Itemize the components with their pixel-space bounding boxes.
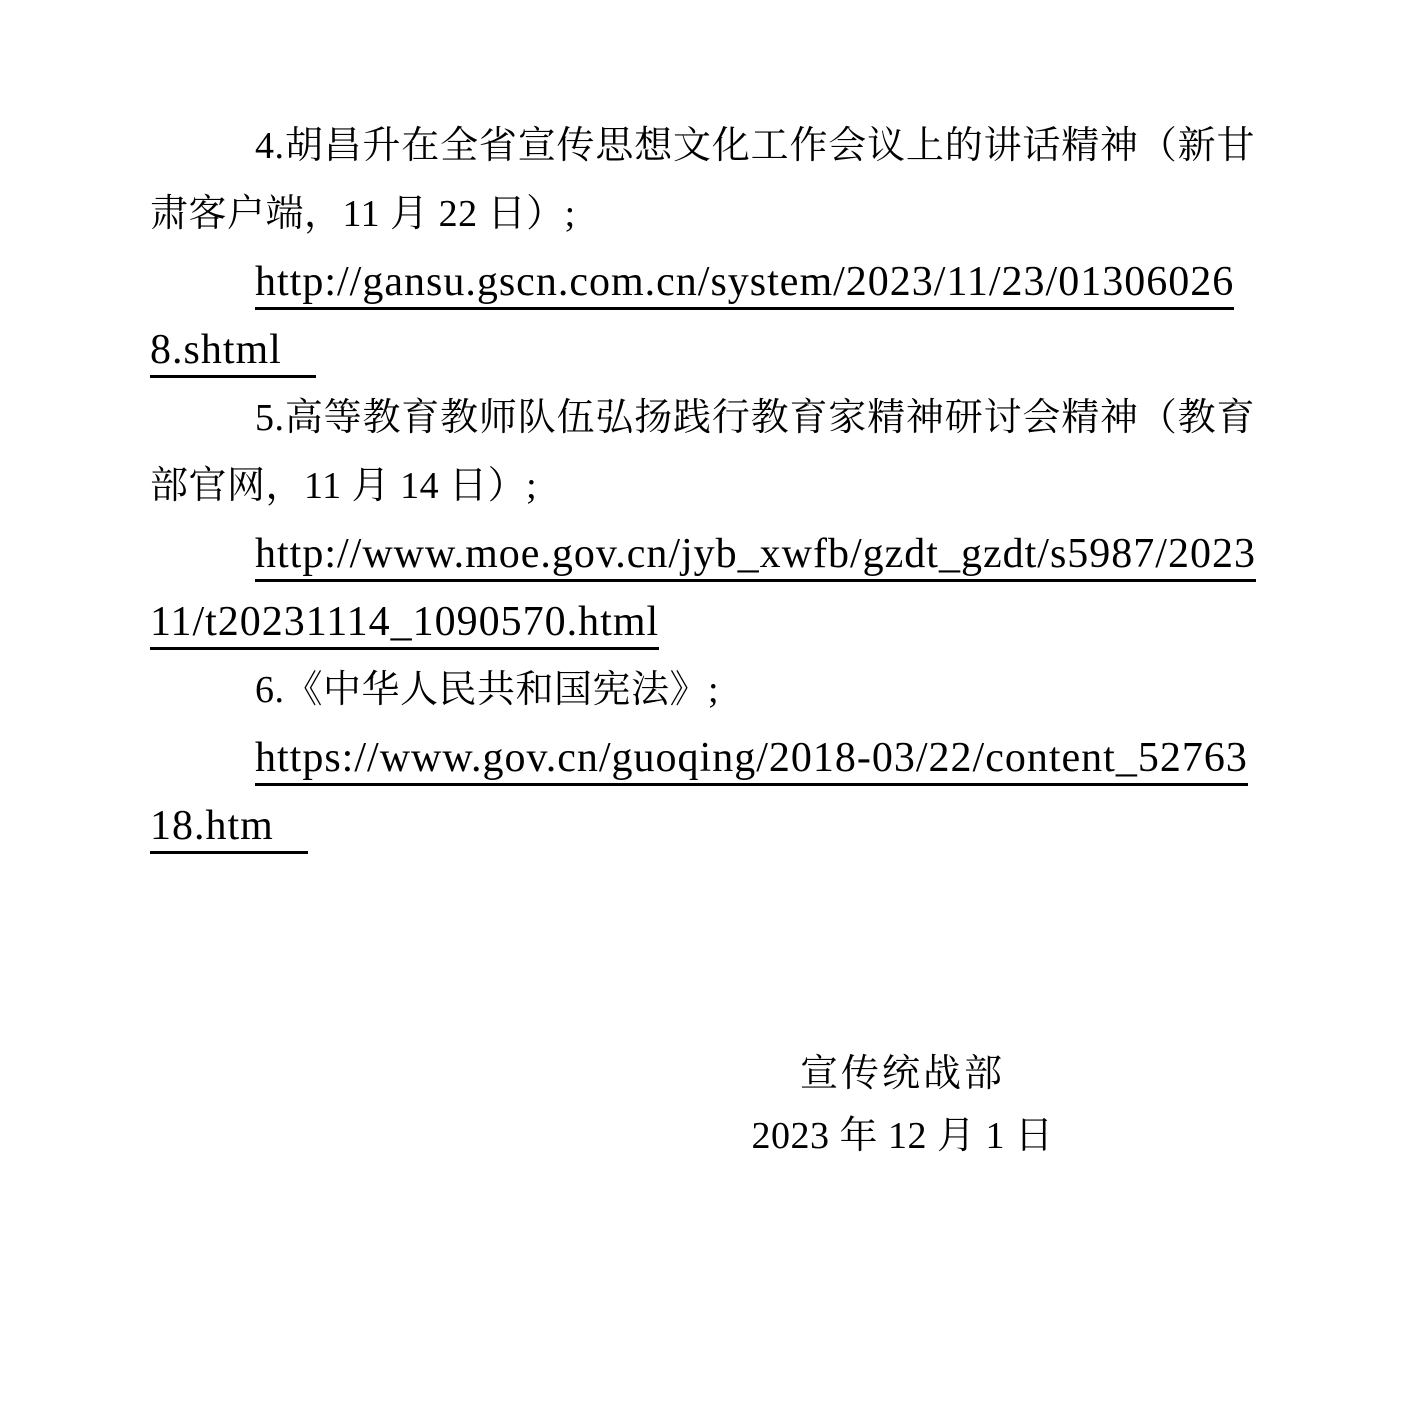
item-5-url-link-part-1[interactable]: http://www.moe.gov.cn/jyb_xwfb/gzdt_gzdt… xyxy=(255,531,1256,582)
item-5-url-link-part-2[interactable]: 11/t20231114_1090570.html xyxy=(150,599,659,650)
signature-date: 2023 年 12 月 1 日 xyxy=(550,1105,1255,1167)
document-page: 4.胡昌升在全省宣传思想文化工作会议上的讲话精神（新甘 肃客户端，11 月 22… xyxy=(0,0,1428,1405)
item-6-text-line-1: 6.《中华人民共和国宪法》; xyxy=(150,656,1255,724)
vertical-gap xyxy=(150,860,1255,1043)
item-6-url-line-2: 18.htm xyxy=(150,792,1255,860)
item-4-text-line-2: 肃客户端，11 月 22 日）; xyxy=(150,180,1255,248)
item-6-url-link-part-1[interactable]: https://www.gov.cn/guoqing/2018-03/22/co… xyxy=(255,735,1248,786)
item-4-text-line-1: 4.胡昌升在全省宣传思想文化工作会议上的讲话精神（新甘 xyxy=(150,112,1255,180)
item-4-url-line-2: 8.shtml xyxy=(150,316,1255,384)
item-6-url-line-1: https://www.gov.cn/guoqing/2018-03/22/co… xyxy=(150,724,1255,792)
item-5-url-line-1: http://www.moe.gov.cn/jyb_xwfb/gzdt_gzdt… xyxy=(150,520,1255,588)
item-6-url-link-part-2[interactable]: 18.htm xyxy=(150,803,308,854)
item-5-text-line-2: 部官网，11 月 14 日）; xyxy=(150,452,1255,520)
item-5-url-line-2: 11/t20231114_1090570.html xyxy=(150,588,1255,656)
signature-department: 宣传统战部 xyxy=(550,1043,1255,1105)
item-5-text-line-1: 5.高等教育教师队伍弘扬践行教育家精神研讨会精神（教育 xyxy=(150,384,1255,452)
document-body: 4.胡昌升在全省宣传思想文化工作会议上的讲话精神（新甘 肃客户端，11 月 22… xyxy=(0,0,1255,1167)
signature-block: 宣传统战部 2023 年 12 月 1 日 xyxy=(150,1043,1255,1167)
item-4-url-line-1: http://gansu.gscn.com.cn/system/2023/11/… xyxy=(150,248,1255,316)
item-4-url-link-part-2[interactable]: 8.shtml xyxy=(150,327,316,378)
item-4-url-link-part-1[interactable]: http://gansu.gscn.com.cn/system/2023/11/… xyxy=(255,259,1234,310)
